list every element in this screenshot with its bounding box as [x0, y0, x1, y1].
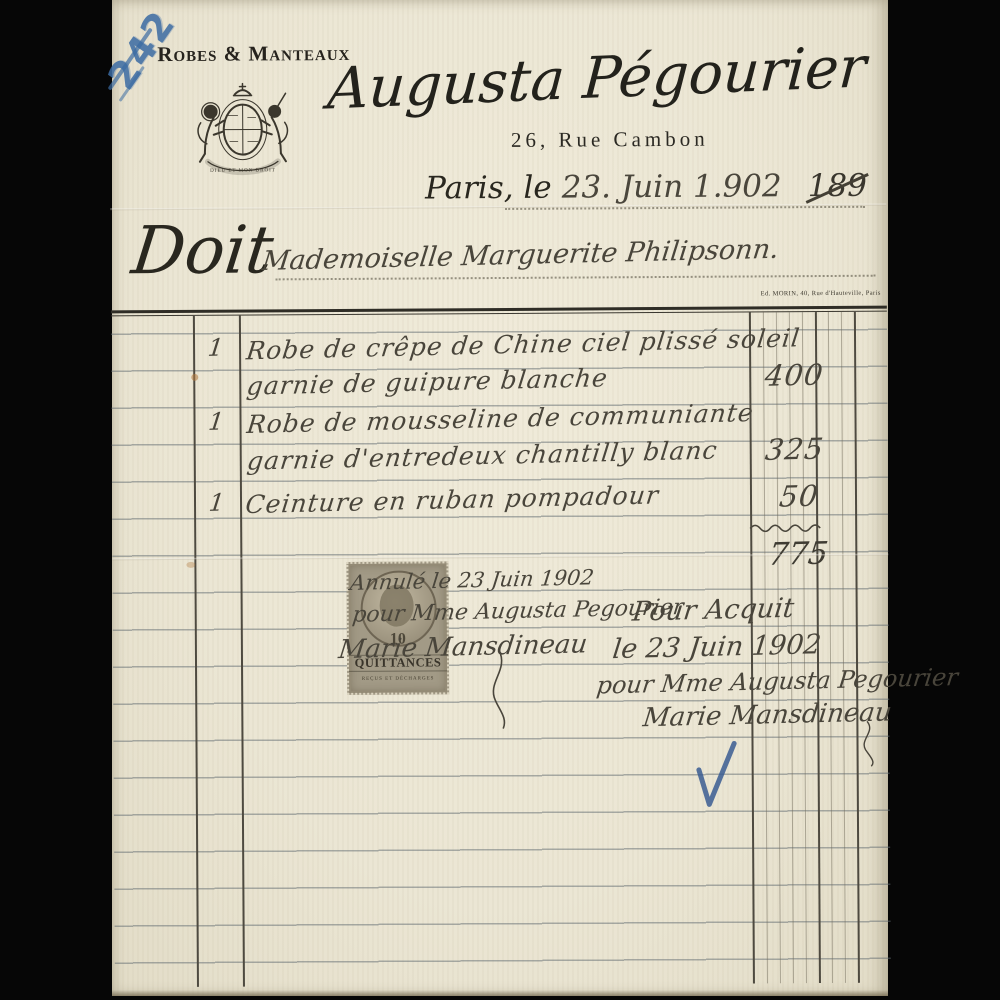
blue-checkmark-icon: [687, 733, 747, 816]
receipt-line: le 23 Juin 1902: [611, 629, 823, 665]
royal-coat-of-arms: DIEU ET MON DROIT: [177, 81, 308, 184]
cancellation-signature: Marie Mansdineau: [337, 629, 589, 665]
item-price: 400: [757, 357, 831, 393]
photo-background: 242 Robes & Manteaux: [0, 0, 1000, 1000]
unicorn-horn-icon: [278, 93, 286, 106]
total-rule-squiggle: [748, 522, 830, 533]
item-price: 50: [762, 478, 836, 514]
doit-label: Doit: [128, 211, 277, 289]
city-line-prefix: Paris, le: [425, 170, 552, 207]
crest-motto: DIEU ET MON DROIT: [210, 168, 276, 173]
stamp-subtitle: REÇUS ET DÉCHARGES: [349, 676, 447, 682]
date-line: Paris, le23. Juin 1.902189: [425, 168, 867, 207]
crown-icon: [235, 90, 251, 95]
client-name: Mademoiselle Marguerite Philipsonn.: [260, 234, 780, 277]
invoice-paper: 242 Robes & Manteaux: [112, 0, 888, 996]
invoice-content: 242 Robes & Manteaux: [109, 0, 891, 998]
signature-flourish: [855, 720, 879, 768]
crown-cross-icon: [239, 84, 245, 90]
lion-icon: [205, 106, 217, 118]
business-address: 26, Rue Cambon: [410, 126, 810, 153]
item-price: 325: [758, 431, 832, 467]
preprinted-year-struck: 189: [808, 168, 867, 204]
paper-stain: [186, 562, 195, 568]
paper-stain: [191, 374, 198, 381]
printer-credit: Ed. MORIN, 40, Rue d'Hauteville, Paris: [761, 290, 881, 298]
handwritten-date: 23. Juin 1.902: [562, 168, 782, 205]
business-name: Augusta Pégourier: [303, 33, 892, 123]
client-dotted-line: [276, 275, 876, 281]
signature-flourish: [481, 648, 522, 730]
receipt-line: Pour Acquit: [631, 593, 796, 628]
unicorn-icon: [269, 106, 280, 117]
